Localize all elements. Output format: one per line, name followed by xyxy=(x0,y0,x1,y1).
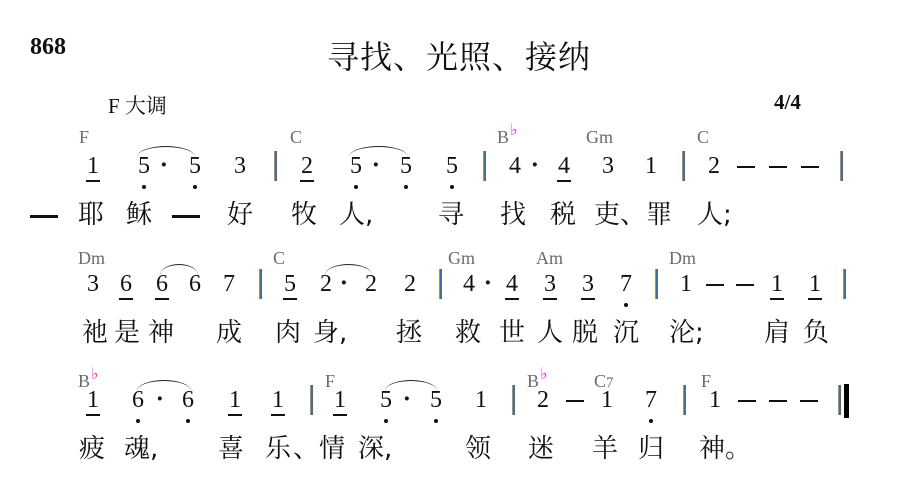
flat-accidental-icon: ♭ xyxy=(91,366,99,383)
note: 5 xyxy=(442,154,462,178)
barline xyxy=(439,269,442,299)
chord-symbol: C xyxy=(273,249,285,267)
note: 1 xyxy=(767,272,787,296)
note: 5 xyxy=(346,154,366,178)
note: 2 xyxy=(704,154,724,178)
note: 5 xyxy=(134,154,154,178)
note: 6 xyxy=(116,272,136,296)
lyric-syllable: 世 xyxy=(499,320,525,346)
flat-accidental-icon: ♭ xyxy=(510,122,518,139)
lyric-syllable: 领 xyxy=(465,436,491,462)
note: 5 xyxy=(185,154,205,178)
lyric-extender xyxy=(172,215,200,218)
lyric-syllable: 是 xyxy=(114,320,140,346)
sustain-dash xyxy=(800,400,818,402)
lyric-syllable: 耶 xyxy=(78,202,104,228)
lyric-syllable: 深, xyxy=(358,436,392,462)
lyric-syllable: 人 xyxy=(537,320,563,346)
lyric-syllable: 肩 xyxy=(764,320,790,346)
note: 2 xyxy=(361,272,381,296)
note: 2 xyxy=(316,272,336,296)
note: 4 xyxy=(505,154,525,178)
note: 7 xyxy=(641,388,661,412)
lyric-syllable: 脱 xyxy=(572,320,598,346)
lyric-syllable: 神。 xyxy=(699,436,751,462)
slur xyxy=(385,380,437,391)
augmentation-dot: · xyxy=(531,154,539,176)
chord-root: F xyxy=(79,127,89,147)
lyric-syllable: 、罪 xyxy=(620,202,672,228)
sustain-dash xyxy=(737,166,755,168)
lyric-syllable: 沉 xyxy=(613,320,639,346)
lyric-syllable: 人, xyxy=(339,202,373,228)
chord-symbol: C xyxy=(697,128,709,146)
lyric-syllable: 疲 xyxy=(79,436,105,462)
lyric-syllable: 好 xyxy=(227,202,253,228)
barline xyxy=(843,269,846,299)
lyric-syllable: 祂 xyxy=(82,320,108,346)
time-signature: 4/4 xyxy=(774,90,801,115)
augmentation-dot: · xyxy=(340,272,348,294)
key-signature: F 大调 xyxy=(108,90,167,120)
note: 1 xyxy=(83,154,103,178)
lyric-syllable: 乐 xyxy=(265,436,291,462)
lyric-syllable: 神 xyxy=(148,320,174,346)
barline xyxy=(682,151,685,181)
note: 4 xyxy=(459,272,479,296)
note: 7 xyxy=(616,272,636,296)
note: 1 xyxy=(705,388,725,412)
chord-symbol: Dm xyxy=(78,249,105,267)
barline xyxy=(840,151,843,181)
note: 6 xyxy=(178,388,198,412)
chord-root: B xyxy=(497,127,509,147)
note: 1 xyxy=(597,388,617,412)
chord-symbol: Gm xyxy=(448,249,475,267)
slur xyxy=(349,146,408,157)
chord-root: Dm xyxy=(669,248,696,268)
note: 2 xyxy=(533,388,553,412)
note: 1 xyxy=(471,388,491,412)
lyric-syllable: 身, xyxy=(313,320,347,346)
sustain-dash xyxy=(769,166,787,168)
lyric-extender xyxy=(30,215,58,218)
chord-symbol: Gm xyxy=(586,128,613,146)
barline xyxy=(683,385,686,415)
lyric-syllable: 寻 xyxy=(438,202,464,228)
lyric-syllable: 魂, xyxy=(124,436,158,462)
slur xyxy=(325,264,372,275)
hymn-title: 寻找、光照、接纳 xyxy=(0,32,898,78)
barline xyxy=(512,385,515,415)
chord-root: Dm xyxy=(78,248,105,268)
note: 6 xyxy=(128,388,148,412)
note: 1 xyxy=(83,388,103,412)
lyric-syllable: 羊 xyxy=(592,436,618,462)
chord-symbol: F xyxy=(79,128,89,146)
chord-symbol: Am xyxy=(536,249,563,267)
barline xyxy=(838,385,841,415)
note: 2 xyxy=(297,154,317,178)
note: 6 xyxy=(152,272,172,296)
chord-root: Gm xyxy=(586,127,613,147)
note: 2 xyxy=(400,272,420,296)
note: 5 xyxy=(280,272,300,296)
augmentation-dot: · xyxy=(484,272,492,294)
note: 5 xyxy=(376,388,396,412)
slur xyxy=(137,380,191,391)
lyric-syllable: 肉 xyxy=(275,320,301,346)
slur xyxy=(160,264,198,275)
chord-root: Am xyxy=(536,248,563,268)
sustain-dash xyxy=(736,284,754,286)
note: 3 xyxy=(540,272,560,296)
lyric-syllable: 成 xyxy=(216,320,242,346)
lyric-syllable: 人; xyxy=(697,202,732,228)
barline xyxy=(310,385,313,415)
note: 1 xyxy=(268,388,288,412)
sustain-dash xyxy=(769,400,787,402)
lyric-syllable: 、情 xyxy=(293,436,345,462)
barline xyxy=(655,269,658,299)
note: 1 xyxy=(641,154,661,178)
augmentation-dot: · xyxy=(403,388,411,410)
augmentation-dot: · xyxy=(156,388,164,410)
augmentation-dot: · xyxy=(372,154,380,176)
chord-symbol: B♭ xyxy=(497,128,518,147)
lyric-syllable: 吏 xyxy=(594,202,620,228)
lyric-syllable: 归 xyxy=(638,436,664,462)
lyric-syllable: 稣 xyxy=(126,202,152,228)
note: 5 xyxy=(396,154,416,178)
barline xyxy=(274,151,277,181)
barline xyxy=(259,269,262,299)
lyric-syllable: 牧 xyxy=(291,202,317,228)
lyric-syllable: 迷 xyxy=(528,436,554,462)
sustain-dash xyxy=(566,400,584,402)
chord-root: Gm xyxy=(448,248,475,268)
note: 3 xyxy=(83,272,103,296)
lyric-syllable: 拯 xyxy=(396,320,422,346)
barline xyxy=(483,151,486,181)
note: 5 xyxy=(426,388,446,412)
sustain-dash xyxy=(706,284,724,286)
note: 1 xyxy=(225,388,245,412)
lyric-syllable: 找 xyxy=(500,202,526,228)
note: 4 xyxy=(554,154,574,178)
note: 4 xyxy=(502,272,522,296)
augmentation-dot: · xyxy=(160,154,168,176)
note: 1 xyxy=(330,388,350,412)
lyric-syllable: 喜 xyxy=(218,436,244,462)
slur xyxy=(137,146,195,157)
note: 3 xyxy=(598,154,618,178)
note: 3 xyxy=(578,272,598,296)
chord-root: C xyxy=(273,248,285,268)
chord-root: C xyxy=(290,127,302,147)
lyric-syllable: 救 xyxy=(455,320,481,346)
final-barline xyxy=(844,384,849,418)
note: 1 xyxy=(805,272,825,296)
chord-symbol: Dm xyxy=(669,249,696,267)
flat-accidental-icon: ♭ xyxy=(540,366,548,383)
note: 3 xyxy=(230,154,250,178)
sustain-dash xyxy=(801,166,819,168)
note: 7 xyxy=(219,272,239,296)
sustain-dash xyxy=(738,400,756,402)
lyric-syllable: 税 xyxy=(550,202,576,228)
chord-root: C xyxy=(697,127,709,147)
lyric-syllable: 沦; xyxy=(669,320,704,346)
note: 1 xyxy=(676,272,696,296)
chord-symbol: C xyxy=(290,128,302,146)
note: 6 xyxy=(185,272,205,296)
lyric-syllable: 负 xyxy=(803,320,829,346)
